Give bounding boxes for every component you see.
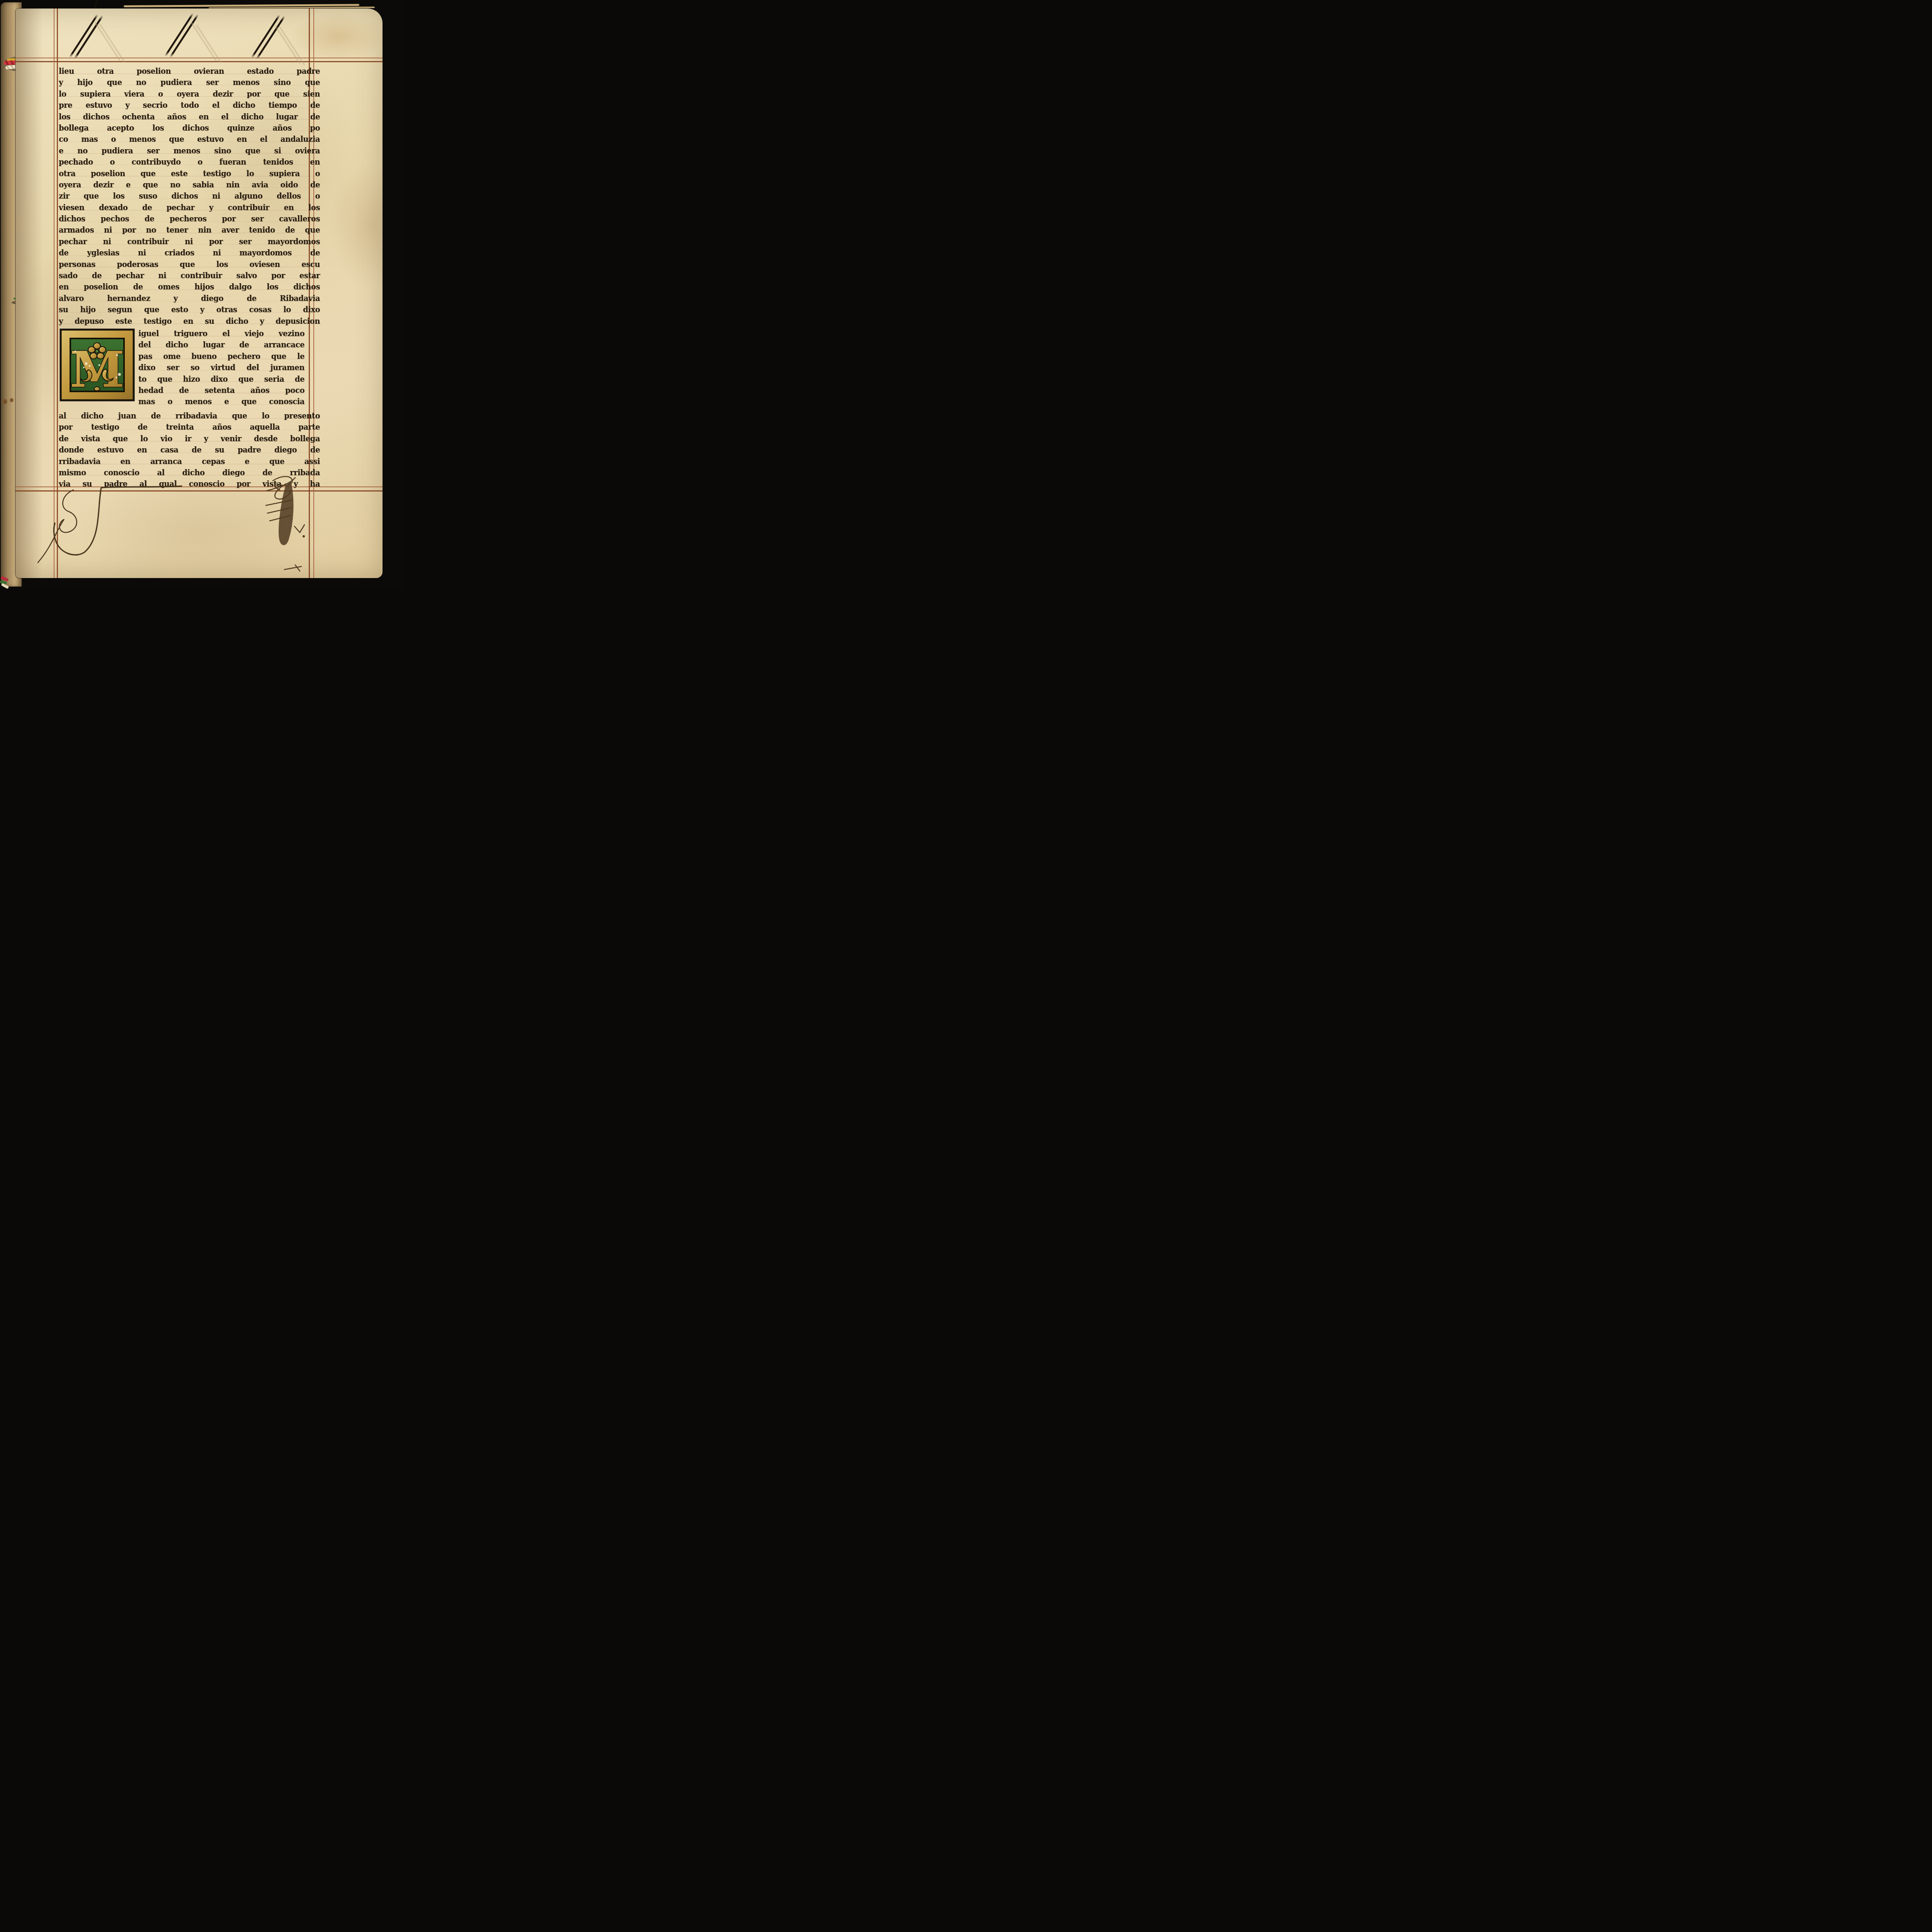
text-line: sado de pechar ni contribuir salvo por e… <box>59 270 320 281</box>
text-block-beside-initial: iguel triguero el viejo vezinodel dicho … <box>138 328 304 408</box>
text-line: su hijo segun que esto y otras cosas lo … <box>59 304 320 315</box>
text-line: pre estuvo y secrio todo el dicho tiempo… <box>59 100 320 111</box>
text-line: dixo ser so virtud del juramen <box>138 362 304 373</box>
ruled-border-line <box>15 490 383 492</box>
ruled-border-line <box>15 61 383 62</box>
text-line: pechado o contribuydo o fueran tenidos e… <box>59 156 320 168</box>
text-line: rribadavia en arranca cepas e que assi <box>59 456 320 467</box>
text-line: de vista que lo vio ir y venir desde bol… <box>59 433 320 444</box>
hatch-offset-ghost <box>191 22 217 61</box>
text-line: alvaro hernandez y diego de Ribadavia <box>59 293 320 304</box>
ruled-border-line <box>54 9 54 578</box>
text-line: lieu otra poselion ovieran estado padre <box>59 66 320 77</box>
underline-swoosh-flourish <box>54 486 182 555</box>
ruled-border-line <box>15 58 383 58</box>
hatch-offset-ghost <box>94 22 121 61</box>
text-line: en poselion de omes hijos dalgo los dich… <box>59 281 320 293</box>
diagonal-hatch-stroke <box>251 14 280 58</box>
parchment-page: lieu otra poselion ovieran estado padrey… <box>15 9 383 578</box>
text-line: mismo conoscio al dicho diego de rribada <box>59 467 320 478</box>
bottom-tick-mark <box>284 565 301 571</box>
text-line: del dicho lugar de arrancace <box>138 339 304 350</box>
text-line: y depuso este testigo en su dicho y depu… <box>59 316 320 327</box>
diagonal-hatch-stroke <box>169 14 199 58</box>
illuminated-initial: M <box>59 328 135 402</box>
text-line: y hijo que no pudiera ser menos sino que <box>59 77 320 88</box>
text-line: por testigo de treinta años aquella part… <box>59 422 320 433</box>
text-block-upper: lieu otra poselion ovieran estado padrey… <box>59 66 320 327</box>
text-line: zir que los suso dichos ni alguno dellos… <box>59 190 320 202</box>
hatch-offset-ghost <box>99 23 125 62</box>
text-line: al dicho juan de rribadavia que lo prese… <box>59 410 320 422</box>
text-line: los dichos ochenta años en el dicho luga… <box>59 111 320 122</box>
text-line: via su padre al qual conoscio por vista … <box>59 478 320 490</box>
text-line: hedad de setenta años poco <box>138 385 304 396</box>
text-line: to que hizo dixo que seria de <box>138 374 304 385</box>
text-line: oyera dezir e que no sabia nin avia oido… <box>59 179 320 190</box>
ruled-border-line <box>57 9 58 578</box>
diagonal-hatch-stroke <box>69 14 98 58</box>
text-line: bollega acepto los dichos quinze años po <box>59 122 320 134</box>
rust-spot <box>10 398 14 402</box>
hatch-offset-ghost <box>279 26 305 65</box>
text-line: de yglesias ni criados ni mayordomos de <box>59 247 320 259</box>
text-line: viesen dexado de pechar y contribuir en … <box>59 202 320 213</box>
text-line: dichos pechos de pecheros por ser cavall… <box>59 213 320 224</box>
illuminated-initial-artwork: M <box>59 328 135 402</box>
diagonal-hatch-stroke <box>74 15 103 59</box>
text-line: otra poselion que este testigo lo supier… <box>59 168 320 179</box>
text-block-lower: al dicho juan de rribadavia que lo prese… <box>59 410 320 490</box>
binding-tassel <box>0 576 12 589</box>
text-line: armados ni por no tener nin aver tenido … <box>59 224 320 236</box>
manuscript-photo: n' lieu otra poselion ovieran estado pad… <box>0 0 403 589</box>
rust-spot <box>2 399 7 405</box>
text-line: lo supiera viera o oyera dezir por que s… <box>59 88 320 100</box>
text-line: mas o menos e que conoscia <box>138 396 304 407</box>
diagonal-hatch-stroke <box>164 13 194 56</box>
text-line: pas ome bueno pechero que le <box>138 351 304 362</box>
text-line: co mas o menos que estuvo en el andaluzi… <box>59 134 320 145</box>
text-line: personas poderosas que los oviesen escu <box>59 259 320 270</box>
text-line: iguel triguero el viejo vezino <box>138 328 304 339</box>
text-line: donde estuvo en casa de su padre diego d… <box>59 444 320 456</box>
diagonal-hatch-stroke <box>256 15 285 59</box>
text-line: pechar ni contribuir ni por ser mayordom… <box>59 236 320 247</box>
text-line: e no pudiera ser menos sino que si ovier… <box>59 145 320 156</box>
